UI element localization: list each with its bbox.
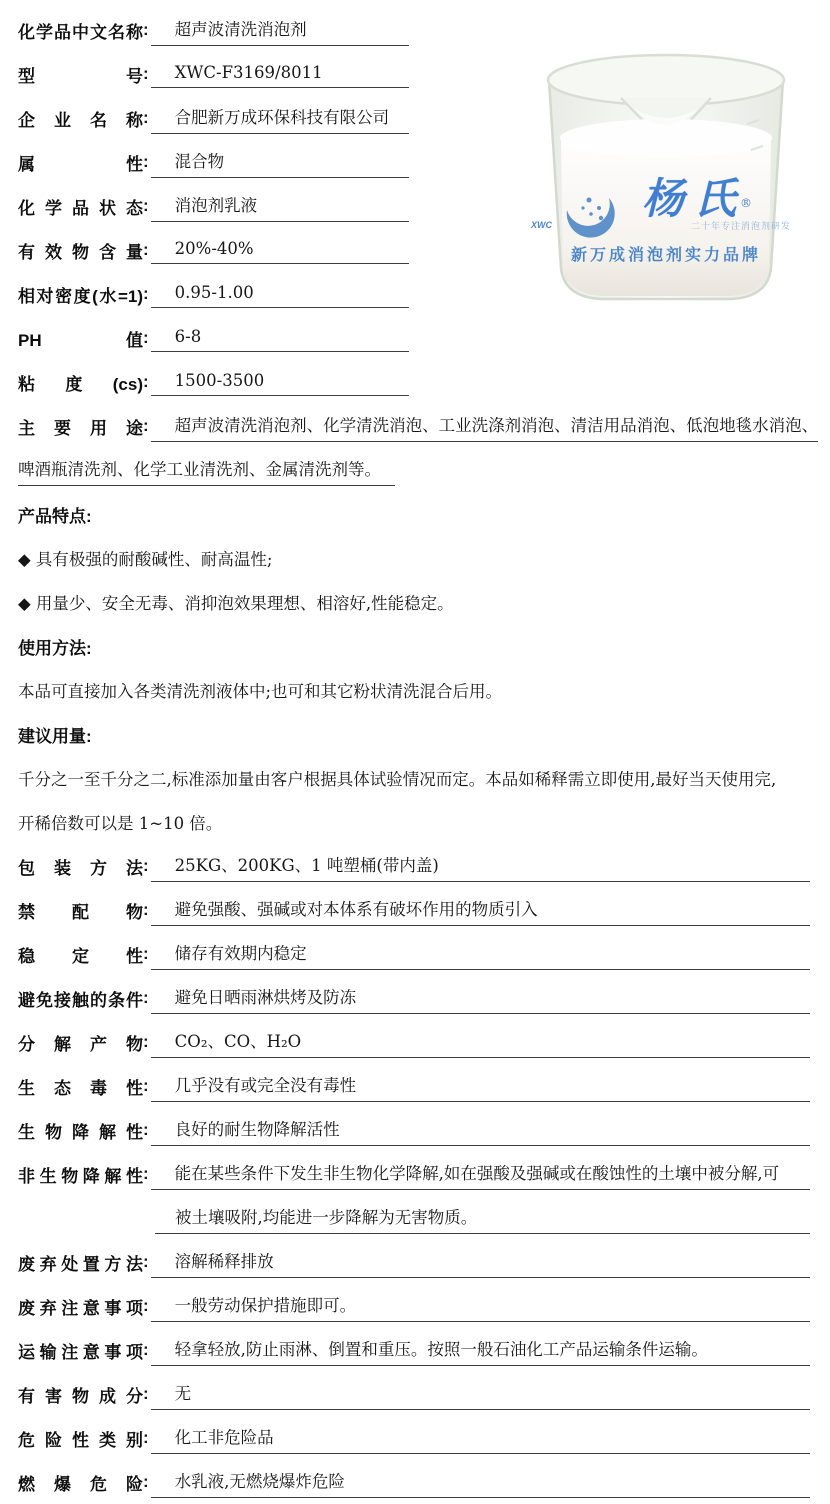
field-label: 废弃注意事项	[18, 1294, 143, 1319]
label-colon: :	[143, 1428, 149, 1448]
field-label: 有害物成分	[18, 1382, 143, 1407]
field-label: 型号	[18, 62, 143, 87]
field-label: 生物降解性	[18, 1118, 143, 1143]
field-value: 轻拿轻放,防止雨淋、倒置和重压。按照一般石油化工产品运输条件运输。	[151, 1334, 810, 1366]
feature-item-2: ◆ 用量少、安全无毒、消抑泡效果理想、相溶好,性能稳定。	[18, 580, 810, 624]
field-value: 良好的耐生物降解活性	[151, 1114, 810, 1146]
field-label: 属性	[18, 150, 143, 175]
dosage-line-1: 千分之一至千分之二,标准添加量由客户根据具体试验情况而定。本品如稀释需立即使用,…	[18, 756, 810, 800]
field-row-explosion-hazard: 燃爆危险: 水乳液,无燃烧爆炸危险	[18, 1460, 810, 1504]
field-value: 一般劳动保护措施即可。	[151, 1290, 810, 1322]
field-value: 6-8	[151, 325, 409, 352]
field-label: 废弃处置方法	[18, 1250, 143, 1275]
feature-item-1: ◆ 具有极强的耐酸碱性、耐高温性;	[18, 536, 810, 580]
label-colon: :	[143, 856, 149, 876]
field-row-conditions-to-avoid: 避免接触的条件: 避免日晒雨淋烘烤及防冻	[18, 976, 810, 1020]
field-label: 包装方法	[18, 854, 143, 879]
section-heading: 产品特点:	[18, 502, 92, 527]
field-value: 20%-40%	[151, 237, 409, 264]
label-colon: :	[143, 988, 149, 1008]
field-value: 啤酒瓶清洗剂、化学工业清洗剂、金属清洗剂等。	[18, 454, 395, 486]
field-value: 混合物	[151, 146, 409, 178]
field-value: 水乳液,无燃烧爆炸危险	[151, 1466, 810, 1498]
feature-text: ◆ 用量少、安全无毒、消抑泡效果理想、相溶好,性能稳定。	[18, 590, 454, 614]
label-colon: :	[143, 64, 149, 84]
label-colon: :	[143, 284, 149, 304]
main-uses-continuation: 啤酒瓶清洗剂、化学工业清洗剂、金属清洗剂等。	[18, 448, 810, 492]
field-label: 企业名称	[18, 106, 143, 131]
section-heading: 建议用量:	[18, 722, 92, 747]
field-label: 分解产物	[18, 1030, 143, 1055]
field-label: 稳定性	[18, 942, 143, 967]
field-label: 禁配物	[18, 898, 143, 923]
field-value: 几乎没有或完全没有毒性	[151, 1070, 810, 1102]
field-row-incompatibles: 禁配物: 避免强酸、强碱或对本体系有破坏作用的物质引入	[18, 888, 810, 932]
field-row-ph: PH 值: 6-8	[18, 316, 810, 360]
label-colon: :	[143, 1340, 149, 1360]
field-value: 消泡剂乳液	[151, 190, 409, 222]
brand-tagline-small: 二十年专注消泡剂研发	[691, 222, 791, 231]
field-row-hazard-class: 危险性类别: 化工非危险品	[18, 1416, 810, 1460]
brand-logo: XWC 杨氏® 二十年专注消泡剂研发 新万成消泡剂实力品牌	[515, 178, 817, 264]
dosage-text: 千分之一至千分之二,标准添加量由客户根据具体试验情况而定。本品如稀释需立即使用,…	[18, 766, 776, 790]
field-row-transport-precautions: 运输注意事项: 轻拿轻放,防止雨淋、倒置和重压。按照一般石油化工产品运输条件运输…	[18, 1328, 810, 1372]
field-value: 避免强酸、强碱或对本体系有破坏作用的物质引入	[151, 894, 810, 926]
label-colon: :	[143, 416, 149, 436]
field-value: XWC-F3169/8011	[151, 61, 409, 88]
label-colon: :	[143, 328, 149, 348]
registered-trademark-mark: ®	[740, 196, 752, 210]
brand-name: 杨氏	[642, 174, 746, 223]
label-colon: :	[143, 372, 149, 392]
beaker-rim	[548, 55, 784, 105]
label-colon: :	[143, 108, 149, 128]
field-label: 生态毒性	[18, 1074, 143, 1099]
field-row-stability: 稳定性: 储存有效期内稳定	[18, 932, 810, 976]
label-colon: :	[143, 944, 149, 964]
label-colon: :	[143, 1384, 149, 1404]
field-row-biodegradability: 生物降解性: 良好的耐生物降解活性	[18, 1108, 810, 1152]
feature-text: ◆ 具有极强的耐酸碱性、耐高温性;	[18, 546, 273, 570]
brand-logo-small-text: XWC	[531, 221, 552, 230]
label-colon: :	[143, 152, 149, 172]
label-colon: :	[143, 20, 149, 40]
label-colon: :	[143, 1252, 149, 1272]
field-row-non-biodegradability: 非生物降解性: 能在某些条件下发生非生物化学降解,如在强酸及强碱或在酸蚀性的土壤…	[18, 1152, 810, 1196]
field-label: 避免接触的条件	[18, 986, 143, 1011]
field-row-harmful-components: 有害物成分: 无	[18, 1372, 810, 1416]
field-label: 化学品状态	[18, 194, 143, 219]
field-value: 合肥新万成环保科技有限公司	[151, 102, 409, 134]
field-label: 化学品中文名称	[18, 18, 143, 43]
field-value: 化工非危险品	[151, 1422, 810, 1454]
field-row-packing-method: 包装方法: 25KG、200KG、1 吨塑桶(带内盖)	[18, 844, 810, 888]
label-colon: :	[143, 1120, 149, 1140]
field-label: 危险性类别	[18, 1426, 143, 1451]
field-label: 粘度(cs)	[18, 370, 143, 395]
field-label: 主要用途	[18, 414, 143, 439]
label-colon: :	[143, 1032, 149, 1052]
section-heading: 使用方法:	[18, 634, 92, 659]
field-label: PH 值	[18, 326, 143, 351]
field-row-viscosity: 粘度(cs): 1500-3500	[18, 360, 810, 404]
label-colon: :	[143, 1296, 149, 1316]
usage-body: 本品可直接加入各类清洗剂液体中;也可和其它粉状清洗混合后用。	[18, 668, 810, 712]
field-label: 相对密度(水=1)	[18, 282, 143, 307]
label-colon: :	[143, 1472, 149, 1492]
brand-tagline-main: 新万成消泡剂实力品牌	[515, 248, 817, 264]
field-value: 超声波清洗消泡剂、化学清洗消泡、工业洗涤剂消泡、清洁用品消泡、低泡地毯水消泡、	[151, 410, 819, 442]
dosage-line-2: 开稀倍数可以是 1~10 倍。	[18, 800, 810, 844]
field-value: 储存有效期内稳定	[151, 938, 810, 970]
label-colon: :	[143, 196, 149, 216]
section-usage: 使用方法:	[18, 624, 810, 668]
field-label: 有效物含量	[18, 238, 143, 263]
field-value: 被土壤吸附,均能进一步降解为无害物质。	[155, 1202, 810, 1234]
non-biodegradability-continuation: 被土壤吸附,均能进一步降解为无害物质。	[18, 1196, 810, 1240]
field-row-decomposition-products: 分解产物: CO₂、CO、H₂O	[18, 1020, 810, 1064]
field-row-disposal-precautions: 废弃注意事项: 一般劳动保护措施即可。	[18, 1284, 810, 1328]
section-dosage: 建议用量:	[18, 712, 810, 756]
usage-text: 本品可直接加入各类清洗剂液体中;也可和其它粉状清洗混合后用。	[18, 678, 502, 702]
field-row-main-uses: 主要用途: 超声波清洗消泡剂、化学清洗消泡、工业洗涤剂消泡、清洁用品消泡、低泡地…	[18, 404, 810, 448]
field-value: 超声波清洗消泡剂	[151, 14, 409, 46]
field-label: 运输注意事项	[18, 1338, 143, 1363]
field-row-disposal-method: 废弃处置方法: 溶解稀释排放	[18, 1240, 810, 1284]
section-features: 产品特点:	[18, 492, 810, 536]
field-value: 25KG、200KG、1 吨塑桶(带内盖)	[151, 850, 810, 882]
field-label: 燃爆危险	[18, 1470, 143, 1495]
field-row-eco-toxicity: 生态毒性: 几乎没有或完全没有毒性	[18, 1064, 810, 1108]
moon-logo-area: XWC	[541, 178, 593, 236]
beaker-illustration	[515, 28, 817, 318]
product-spec-sheet: 化学品中文名称: 超声波清洗消泡剂 型号: XWC-F3169/8011 企业名…	[0, 0, 830, 1504]
label-colon: :	[143, 1164, 149, 1184]
label-colon: :	[143, 900, 149, 920]
field-value: 避免日晒雨淋烘烤及防冻	[151, 982, 810, 1014]
field-value: 无	[151, 1378, 810, 1410]
dosage-text: 开稀倍数可以是 1~10 倍。	[18, 810, 222, 834]
label-colon: :	[143, 240, 149, 260]
field-value: CO₂、CO、H₂O	[151, 1026, 810, 1058]
product-photo: XWC 杨氏® 二十年专注消泡剂研发 新万成消泡剂实力品牌	[515, 28, 817, 318]
field-value: 0.95-1.00	[151, 281, 409, 308]
field-value: 1500-3500	[151, 369, 409, 396]
label-colon: :	[143, 1076, 149, 1096]
field-value: 溶解稀释排放	[151, 1246, 810, 1278]
field-label: 非生物降解性	[18, 1162, 143, 1187]
field-value: 能在某些条件下发生非生物化学降解,如在强酸及强碱或在酸蚀性的土壤中被分解,可	[151, 1158, 810, 1190]
